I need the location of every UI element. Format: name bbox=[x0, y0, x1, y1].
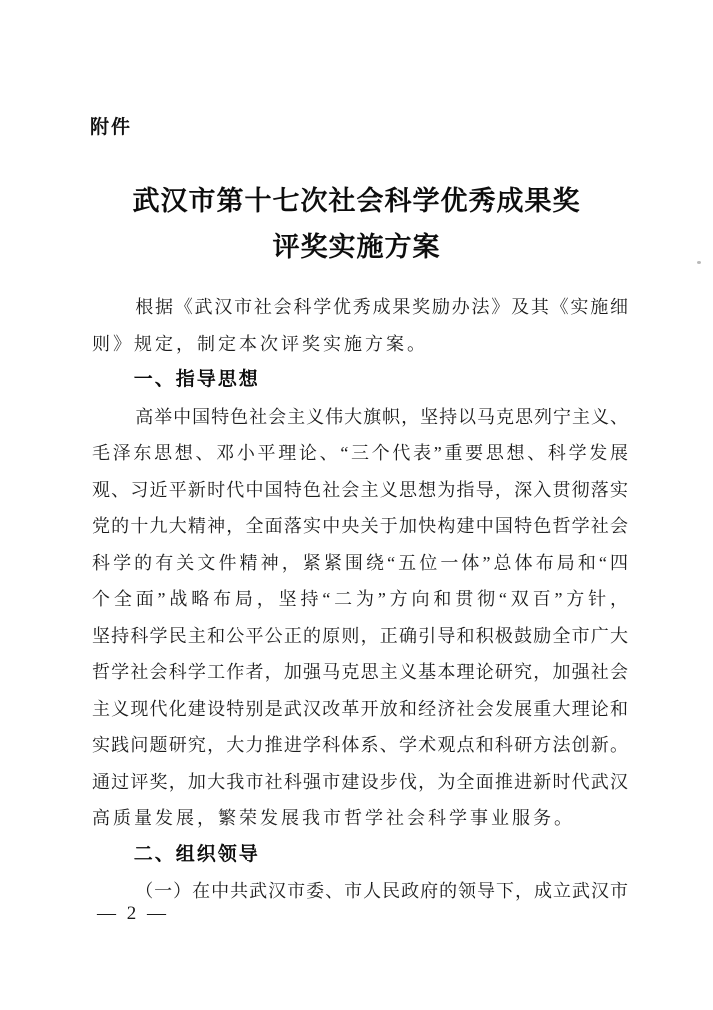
document-title-line1: 武汉市第十七次社会科学优秀成果奖 bbox=[0, 178, 713, 224]
section-heading-2: 二、组织领导 bbox=[92, 837, 628, 874]
paragraph-line: 高质量发展，繁荣发展我市哲学社会科学事业服务。 bbox=[92, 800, 628, 837]
paragraph-line: 毛泽东思想、邓小平理论、“三个代表”重要思想、科学发展 bbox=[92, 435, 628, 472]
paragraph-line: 则》规定，制定本次评奖实施方案。 bbox=[92, 326, 628, 363]
page-number: — 2 — bbox=[97, 903, 169, 925]
document-title: 武汉市第十七次社会科学优秀成果奖 评奖实施方案 bbox=[0, 178, 713, 270]
scan-speck-artifact bbox=[697, 261, 701, 264]
paragraph-line: 坚持科学民主和公平公正的原则，正确引导和积极鼓励全市广大 bbox=[92, 618, 628, 655]
paragraph-line: 科学的有关文件精神，紧紧围绕“五位一体”总体布局和“四 bbox=[92, 545, 628, 582]
paragraph-line: 党的十九大精神，全面落实中央关于加快构建中国特色哲学社会 bbox=[92, 508, 628, 545]
paragraph-line: 通过评奖，加大我市社科强市建设步伐，为全面推进新时代武汉 bbox=[92, 764, 628, 801]
paragraph-line: 哲学社会科学工作者，加强马克思主义基本理论研究，加强社会 bbox=[92, 654, 628, 691]
document-page: 附件 武汉市第十七次社会科学优秀成果奖 评奖实施方案 根据《武汉市社会科学优秀成… bbox=[0, 0, 713, 1010]
paragraph-line: 观、习近平新时代中国特色社会主义思想为指导，深入贯彻落实 bbox=[92, 472, 628, 509]
paragraph-line: 根据《武汉市社会科学优秀成果奖励办法》及其《实施细 bbox=[92, 289, 628, 326]
section-heading-1: 一、指导思想 bbox=[92, 362, 628, 399]
paragraph-line: 实践问题研究，大力推进学科体系、学术观点和科研方法创新。 bbox=[92, 727, 628, 764]
attachment-label: 附件 bbox=[90, 112, 132, 139]
paragraph-line: 高举中国特色社会主义伟大旗帜，坚持以马克思列宁主义、 bbox=[92, 399, 628, 436]
paragraph-line: （一）在中共武汉市委、市人民政府的领导下，成立武汉市 bbox=[92, 873, 628, 910]
document-title-line2: 评奖实施方案 bbox=[0, 224, 713, 270]
paragraph-line: 个全面”战略布局，坚持“二为”方向和贯彻“双百”方针， bbox=[92, 581, 628, 618]
document-body: 根据《武汉市社会科学优秀成果奖励办法》及其《实施细 则》规定，制定本次评奖实施方… bbox=[92, 289, 628, 910]
paragraph-line: 主义现代化建设特别是武汉改革开放和经济社会发展重大理论和 bbox=[92, 691, 628, 728]
